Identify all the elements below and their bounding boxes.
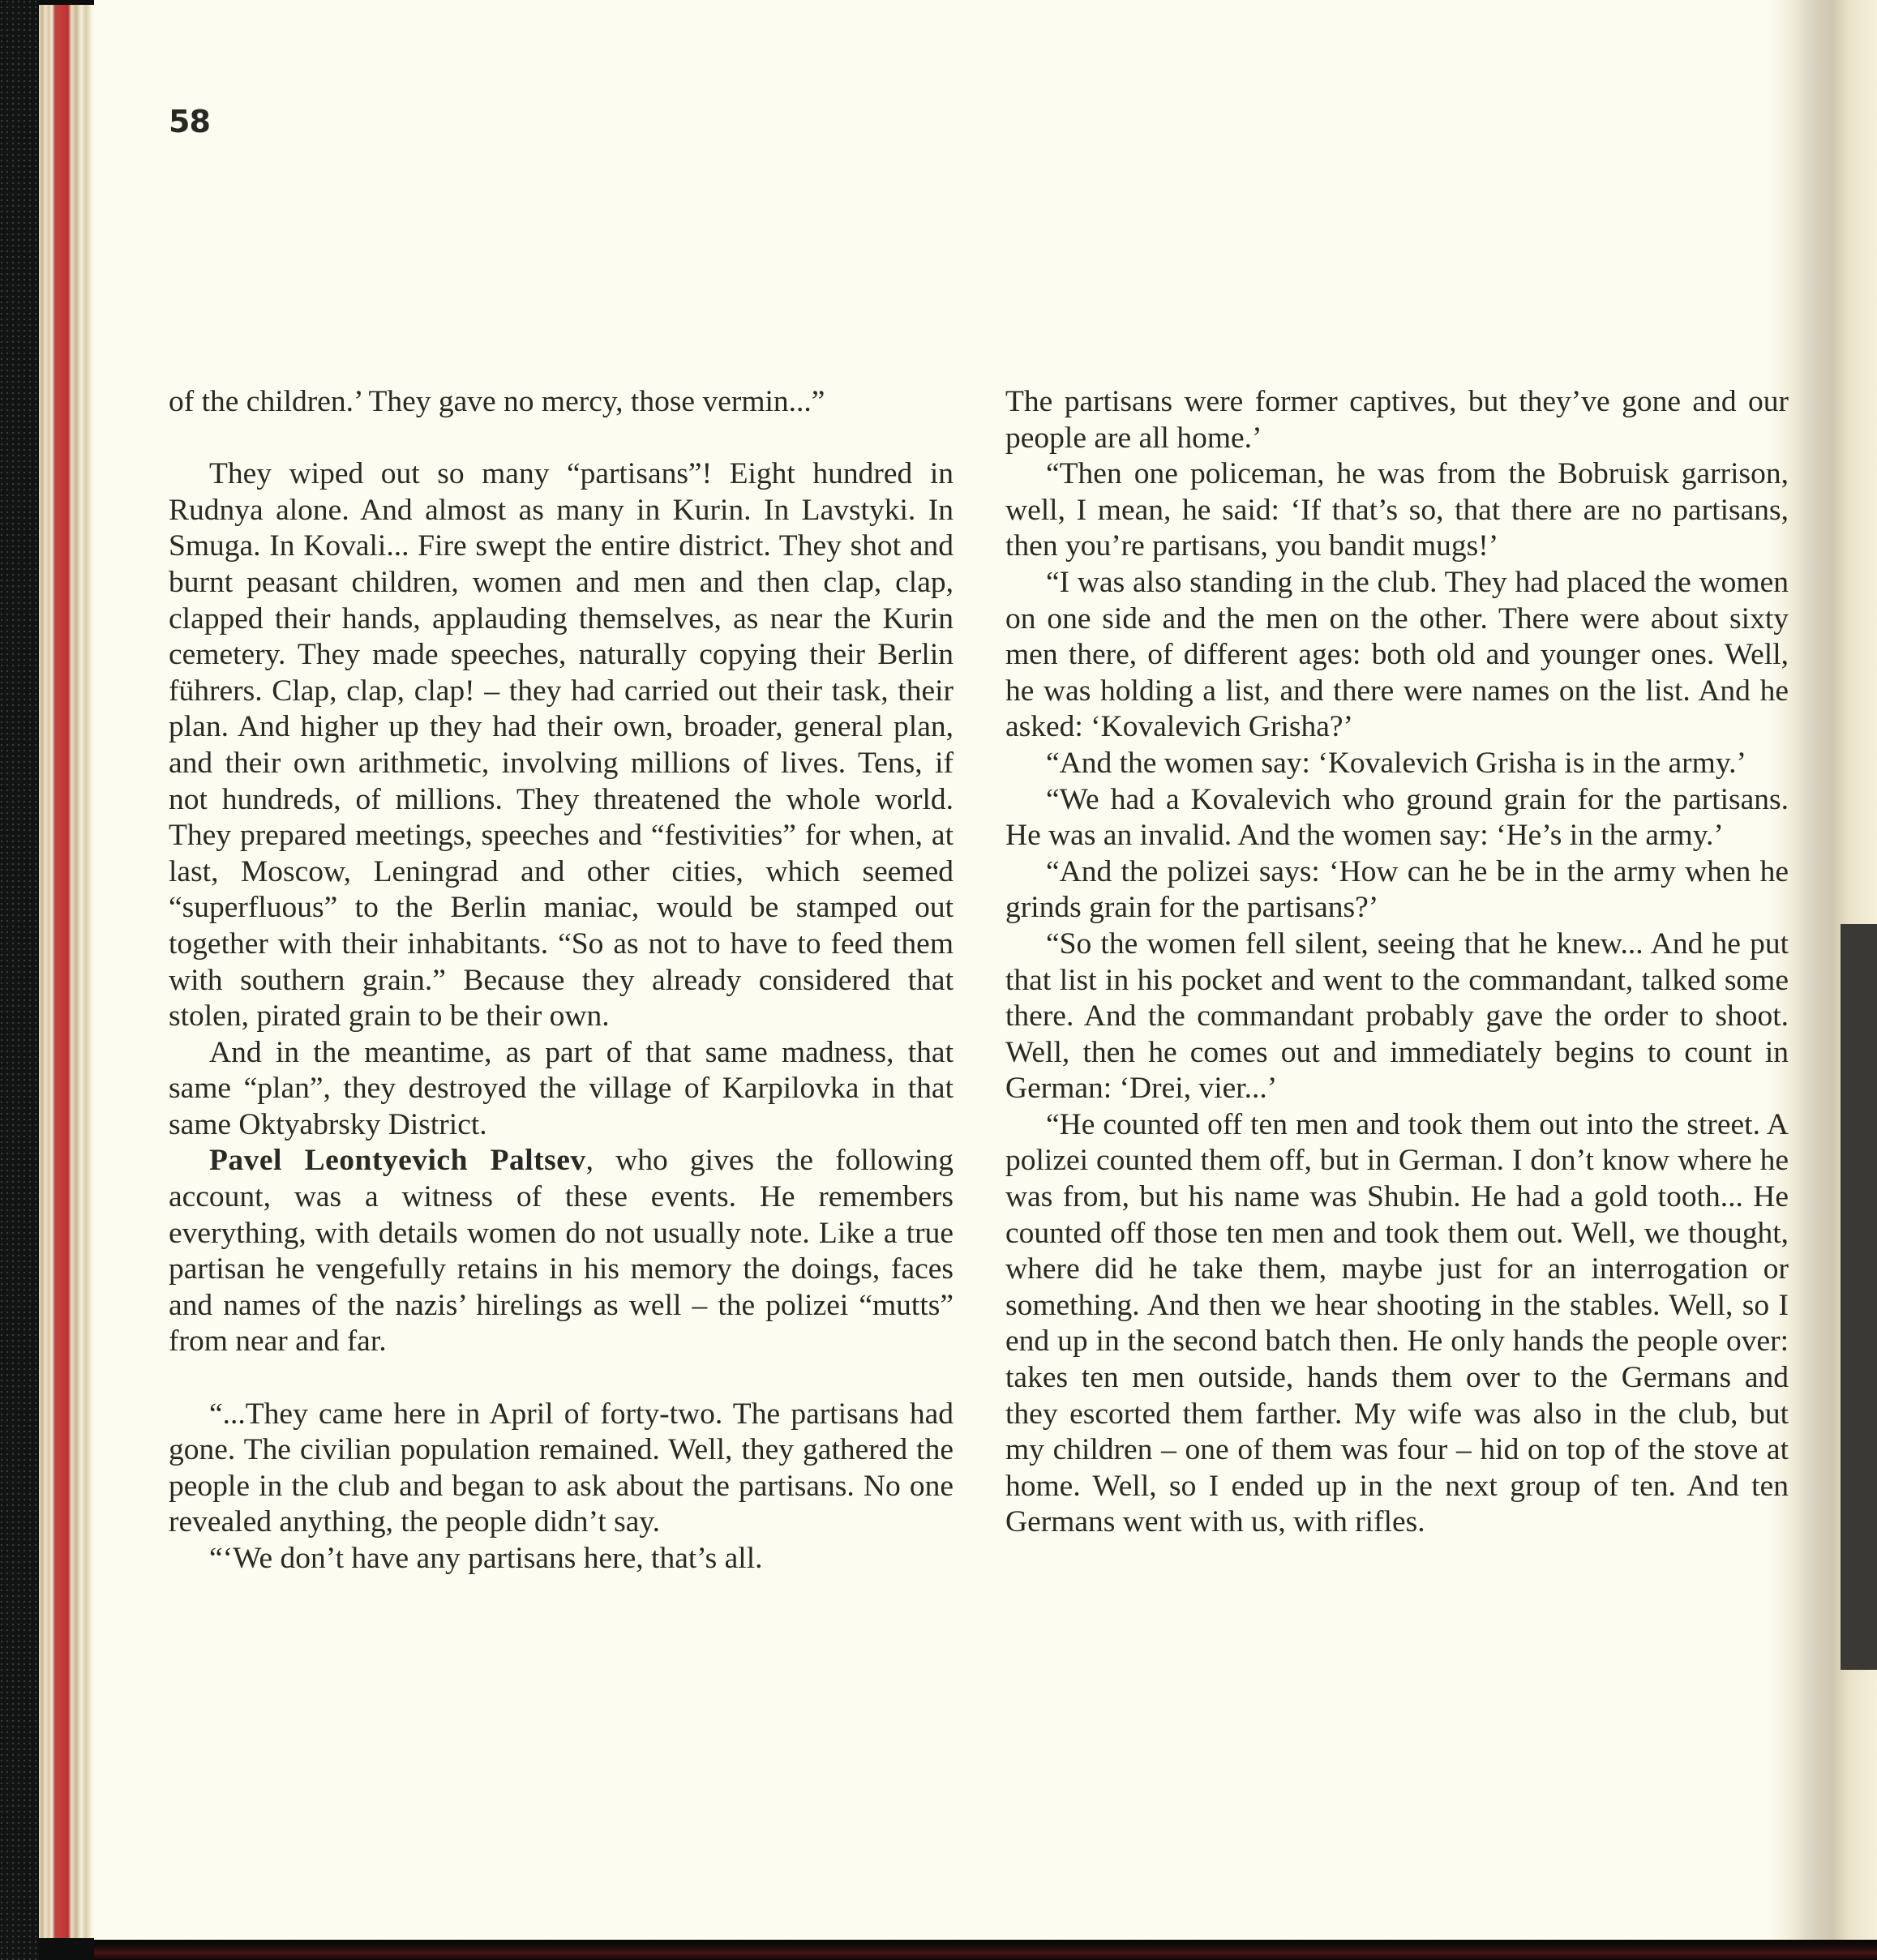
page-stack-edge [39,5,94,1938]
witness-name: Pavel Leontyevich Paltsev [209,1144,586,1177]
left-text-column: of the children.’ They gave no mercy, th… [169,384,953,1577]
paragraph-witness-intro: Pavel Leontyevich Paltsev, who gives the… [169,1143,953,1360]
facing-page-image-strip [1841,924,1877,1670]
right-text-column: The partisans were former captives, but … [1005,384,1789,1541]
paragraph: of the children.’ They gave no mercy, th… [169,384,953,421]
book-cover-edge [0,0,39,1960]
paragraph: “‘We don’t have any partisans here, that… [169,1541,953,1577]
paragraph: “Then one policeman, he was from the Bob… [1005,456,1789,565]
paragraph: “And the polizei says: ‘How can he be in… [1005,854,1789,927]
paragraph: “So the women fell silent, seeing that h… [1005,927,1789,1107]
paragraph: “He counted off ten men and took them ou… [1005,1107,1789,1541]
paragraph: “I was also standing in the club. They h… [1005,565,1789,746]
page-number: 58 [169,104,210,139]
paragraph: “...They came here in April of forty-two… [169,1397,953,1541]
paragraph: “We had a Kovalevich who ground grain fo… [1005,782,1789,854]
book-bottom-edge [94,1940,1877,1960]
paragraph: The partisans were former captives, but … [1005,384,1789,456]
paragraph: “And the women say: ‘Kovalevich Grisha i… [1005,746,1789,782]
paragraph: They wiped out so many “partisans”! Eigh… [169,456,953,1035]
paragraph: And in the meantime, as part of that sam… [169,1035,953,1144]
